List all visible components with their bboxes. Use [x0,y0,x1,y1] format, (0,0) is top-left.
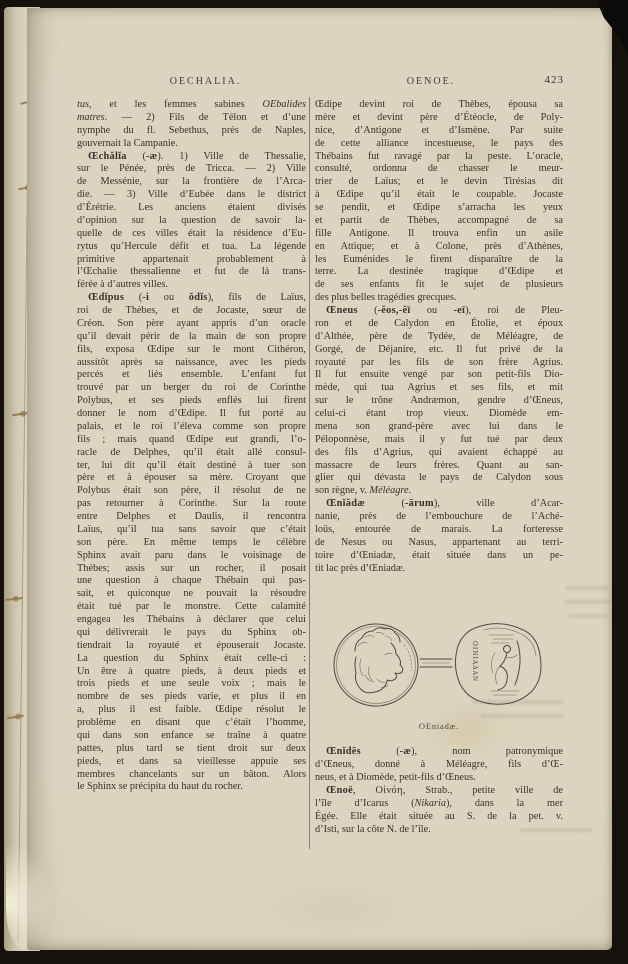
text-line: à Œdipe qu’il était le coupable. Jocaste [315,189,563,202]
text-line: d’Althée, père de Tydée, de Méléagre, de [315,331,563,344]
text-line: tiendrait la royauté et épouserait Jocas… [77,640,306,653]
text-segment: racle de Delphes, qu’il était allé consu… [77,447,306,458]
text-line: quelle de ces villes était la résidence … [77,228,306,241]
entry-headword: -ārum [405,498,434,509]
text-line: Œchălĭa (-æ). 1) Ville de Thessalie, [77,151,306,164]
text-segment: ( [361,746,400,757]
text-segment: des fils d’Agrius, qui avaient échappé a… [315,447,563,458]
text-segment: nanie, près de l’embouchure de l’Aché- [315,511,563,522]
text-segment: die. — 3) Ville d’Eubée dans le district [77,189,306,200]
text-segment: Péloponnèse, mais il y fut tué par deux [315,434,563,445]
text-segment: en Attique; et à Colone, près d’Athènes, [315,241,563,252]
seated-figure-coin-icon: ΟΙΝΙΑΔΑΝ [455,624,541,705]
text-line: son règne, v. Méléagre. [315,485,563,498]
entry-headword: -æ [400,746,411,757]
text-segment: férée à d’autres villes. [77,279,168,290]
entry-headword: Œnĭdēs [326,746,361,757]
text-segment: sait, et quiconque ne pouvait la résoudr… [77,588,306,599]
entry-headword: Œchălĭa [88,151,127,162]
text-line: de cette alliance incestueuse, le pays d… [315,138,563,151]
text-line: nice, d’Antigone et d’Ismène. Par suite [315,125,563,138]
text-segment: sur le Pénée, près de Tricca. — 2) Ville [77,163,306,174]
text-line: fils ; mais quand Œdipe eut grandi, l’o- [77,434,306,447]
text-line: roi de Thèbes, et de Jocaste, sœur de [77,305,306,318]
text-segment: donner le nom d’Œdipe. Il fut porté au [77,408,306,419]
text-line: trouvé par un berger du roi de Corinthe [77,382,306,395]
text-line: rytus qu’Hercule défit et tua. La légend… [77,241,306,254]
text-line: Œnoë, Οἰνόη, Strab., petite ville de [315,785,563,798]
text-segment: de Messénie, sur la frontière de l’Arca- [77,176,306,187]
text-segment: Laïus, qu’il tua sans savoir que c’était [77,524,306,535]
column-divider-rule [309,97,310,849]
text-segment: OEbalides [263,99,306,110]
coin-link-bar-icon [420,659,452,667]
text-line: et partit de Thèbes, accompagné de sa [315,215,563,228]
text-line: Péloponnèse, mais il y fut tué par deux [315,434,563,447]
text-segment: ( [358,305,378,316]
text-segment: tiendrait la royauté et épouserait Jocas… [77,640,306,651]
text-segment: ), fils de Laïus, [208,292,306,303]
text-line: qu’il devait périr de la main de son pro… [77,331,306,344]
text-segment: qui délivrerait le pays du Sphinx ob- [77,627,306,638]
text-line: père et à épouser sa mère. Croyant que [77,472,306,485]
text-line: celui-ci étant trop vieux. Diomède em- [315,408,563,421]
text-segment: se pendit, et Œdipe s’arracha les yeux [315,202,563,213]
text-segment: toire d’Œniadæ, était située dans un pe- [315,550,563,561]
right-column-upper-text: Œdipe devint roi de Thèbes, épousa samèr… [315,99,563,575]
text-line: primitive appartenait probablement à [77,254,306,267]
text-line: Égée. Elle était située au S. de la pet.… [315,811,563,824]
text-line: donner le nom d’Œdipe. Il fut porté au [77,408,306,421]
text-segment: d’Isti, sur la côte N. de l’île. [315,824,431,835]
text-segment: nombre de ses pieds varie, et plus il en [77,691,306,702]
text-segment: ( [127,151,146,162]
text-segment: était tué par le monstre. Cette calamité [77,601,306,612]
text-segment: ter, lui dit qu’il était destiné à tuer … [77,460,306,471]
text-segment: percés et liés ensemble. L’enfant fut [77,369,306,380]
coin-engraving-figure: ΟΙΝΙΑΔΑΝ OEniadæ. [331,619,547,731]
text-segment: Nikaria [415,798,446,809]
text-segment: de cette alliance incestueuse, le pays d… [315,138,563,149]
right-column-lower-text: Œnĭdēs (-æ), nom patronymiqued’Œneus, do… [315,746,563,836]
text-line: Œdipe devint roi de Thèbes, épousa sa [315,99,563,112]
text-segment: Il fut ensuite vengé par son petit-fils … [315,369,563,380]
text-line: mère et devint père d’Étéocle, de Poly- [315,112,563,125]
text-line: loüs, entourée de marais. La forteresse [315,524,563,537]
text-segment: Οἰνόη [375,785,402,796]
text-line: toire d’Œniadæ, était située dans un pe- [315,550,563,563]
text-line: racle de Delphes, qu’il était allé consu… [77,447,306,460]
text-line: d’Isti, sur la côte N. de l’île. [315,824,563,837]
text-segment: et partit de Thèbes, accompagné de sa [315,215,563,226]
text-segment: a, plus il est faible. Œdipe résolut le [77,704,306,715]
coin-inscription: ΟΙΝΙΑΔΑΝ [471,641,478,682]
text-segment: ), ville d’Acar- [434,498,563,509]
text-segment: l’île d’Icarus ( [315,798,415,809]
paragraph: Œneus (-ĕos,-ĕī ou -eī), roi de Pleu-ron… [315,305,563,498]
text-line: royauté par les fils de son frère Agrius… [315,357,563,370]
text-line: nanie, près de l’embouchure de l’Aché- [315,511,563,524]
text-segment: trier de Laïus; et le devin Tirésias dit [315,176,563,187]
text-line: trois pieds et une seule voix ; mais le [77,678,306,691]
text-line: Créon. Son père ayant appris d’un oracle [77,318,306,331]
text-segment: ), dans la mer [446,798,563,809]
running-head-right: OENOE. [385,76,477,87]
text-line: entre Delphes et Daulis, il rencontra [77,511,306,524]
text-line: sait, et quiconque ne pouvait la résoudr… [77,588,306,601]
text-segment: loüs, entourée de marais. La forteresse [315,524,563,535]
text-segment: tit lac près d’Œniadæ. [315,563,405,574]
text-line: trier de Laïus; et le devin Tirésias dit [315,176,563,189]
text-segment: glier qui dévasta le pays de Calydon sou… [315,472,563,483]
text-segment: qu’il devait périr de la main de son pro… [77,331,306,342]
text-segment: une question à chaque Thébain qui pas- [77,575,306,586]
text-line: nombre de ses pieds varie, et plus il en [77,691,306,704]
text-line: en Attique; et à Colone, près d’Athènes, [315,241,563,254]
text-segment: mère et devint père d’Étéocle, de Poly- [315,112,563,123]
text-line: fils, exposa Œdipe sur le mont Cithéron, [77,344,306,357]
text-segment: terre. La destinée tragique d’Œdipe et [315,266,563,277]
text-segment: rytus qu’Hercule défit et tua. La légend… [77,241,306,252]
entry-headword: Œnĭădæ [326,498,365,509]
text-line: son père. En même temps le célèbre [77,537,306,550]
text-segment: mède, qui tua Agrius et ses fils, et mit [315,382,563,393]
paragraph: Œdĭpus (-i ou ŏdĭs), fils de Laïus,roi d… [77,292,306,794]
text-line: de Nesus ou Nasus, appartenant au terri- [315,537,563,550]
text-line: fille Antigone. Il trouva enfin un asile [315,228,563,241]
text-line: Il fut ensuite vengé par son petit-fils … [315,369,563,382]
text-segment: pieds, et dans sa vieillesse appuie ses [77,756,306,767]
text-line: pieds, et dans sa vieillesse appuie ses [77,756,306,769]
entry-headword: -æ [146,151,157,162]
text-line: a, plus il est faible. Œdipe résolut le [77,704,306,717]
text-segment: primitive appartenait probablement à [77,254,306,265]
text-segment: fils, exposa Œdipe sur le mont Cithéron, [77,344,306,355]
text-segment: Gorgé, de Déjanire, etc. Il fut privé de… [315,344,563,355]
text-segment: ( [124,292,142,303]
text-segment: de ses enfants fit le sujet de plusieurs [315,279,563,290]
text-line: Œnĭădæ (-ārum), ville d’Acar- [315,498,563,511]
text-line: l’île d’Icarus (Nikaria), dans la mer [315,798,563,811]
text-line: une question à chaque Thébain qui pas- [77,575,306,588]
text-segment: La question du Sphinx était celle-ci : [77,653,306,664]
text-line: matres. — 2) Fils de Télon et d’une [77,112,306,125]
paragraph: Œnĭădæ (-ārum), ville d’Acar-nanie, près… [315,498,563,575]
text-segment: quelle de ces villes était la résidence … [77,228,306,239]
text-line: d’opinion sur la question de savoir la- [77,215,306,228]
text-line: des fils d’Agrius, qui avaient échappé a… [315,447,563,460]
text-line: gouvernait la Campanie. [77,138,306,151]
text-segment: fille Antigone. Il trouva enfin un asile [315,228,563,239]
text-line: nymphe du fl. Sebethus, près de Naples, [77,125,306,138]
text-line: massacre de leurs frères. Quant au san- [315,460,563,473]
text-line: Laïus, qu’il tua sans savoir que c’était [77,524,306,537]
text-segment: engagea les Thébains à déclarer que celu… [77,614,306,625]
text-segment: ). 1) Ville de Thessalie, [157,151,306,162]
text-segment: les Euménides le firent disparaître de l… [315,254,563,265]
text-segment: roi de Thèbes, et de Jocaste, sœur de [77,305,306,316]
text-segment: gouvernait la Campanie. [77,138,178,149]
text-segment: pas retourner à Corinthe. Sur la route [77,498,306,509]
text-segment: d’opinion sur la question de savoir la- [77,215,306,226]
text-line: Œnĭdēs (-æ), nom patronymique [315,746,563,759]
text-line: sur le trône Andræmon, gendre d’Œneus, [315,395,563,408]
text-segment: ou [411,305,454,316]
text-segment: nice, d’Antigone et d’Ismène. Par suite [315,125,563,136]
text-segment: Créon. Son père ayant appris d’un oracle [77,318,306,329]
text-line: Sphinx avait paru dans le voisinage de [77,550,306,563]
text-line: glier qui dévasta le pays de Calydon sou… [315,472,563,485]
text-segment: ), roi de Pleu- [465,305,563,316]
paragraph: Œdipe devint roi de Thèbes, épousa samèr… [315,99,563,305]
text-line: consulté, ordonna de chasser le meur- [315,163,563,176]
coin-illustration: ΟΙΝΙΑΔΑΝ [331,619,547,713]
text-segment: trouvé par un berger du roi de Corinthe [77,382,306,393]
text-segment: , Strab., petite ville de [403,785,563,796]
text-segment: d’Œneus, donné à Méléagre, fils d’Œ- [315,759,563,770]
text-segment: neus, et à Diomède, petit-fils d’Œneus. [315,772,476,783]
left-text-column: tus, et les femmes sabines OEbalidesmatr… [77,99,306,794]
text-segment: Sphinx avait paru dans le voisinage de [77,550,306,561]
text-segment: Méléagre [370,485,409,496]
text-line: die. — 3) Ville d’Eubée dans le district [77,189,306,202]
text-segment: le Sphinx se précipita du haut du rocher… [77,781,243,792]
right-text-column: Œdipe devint roi de Thèbes, épousa samèr… [315,99,563,837]
entry-headword: ŏdĭs [189,292,208,303]
text-segment: Thèbes; assis sur un rocher, il posait [77,563,306,574]
text-segment: matres [77,112,105,123]
text-line: qui délivrerait le pays du Sphinx ob- [77,627,306,640]
running-head-left: OECHALIA. [148,76,263,87]
entry-headword: -eī [453,305,465,316]
text-segment: ron et de Calydon en Étolie, et époux [315,318,563,329]
text-line: les Euménides le firent disparaître de l… [315,254,563,267]
paragraph: Œnĭdēs (-æ), nom patronymiqued’Œneus, do… [315,746,563,785]
text-line: terre. La destinée tragique d’Œdipe et [315,266,563,279]
text-line: d’Érétrie. Les anciens étaient divisés [77,202,306,215]
text-segment: Un être à quatre pieds, à deux pieds et [77,666,306,677]
text-line: Gorgé, de Déjanire, etc. Il fut privé de… [315,344,563,357]
text-segment: Polybus, et ses pieds enflés lui firent [77,395,306,406]
figure-caption: OEniadæ. [331,721,547,731]
text-line: La question du Sphinx était celle-ci : [77,653,306,666]
text-segment: Polybus était son père, il résolut de ne [77,485,306,496]
text-line: férée à d’autres villes. [77,279,306,292]
text-line: Polybus était son père, il résolut de ne [77,485,306,498]
text-line: des plus belles tragédies grecques. [315,292,563,305]
text-segment: massacre de leurs frères. Quant au san- [315,460,563,471]
text-line: pas retourner à Corinthe. Sur la route [77,498,306,511]
paragraph: tus, et les femmes sabines OEbalidesmatr… [77,99,306,151]
text-segment: d’Érétrie. Les anciens étaient divisés [77,202,306,213]
text-segment: père et à épouser sa mère. Croyant que [77,472,306,483]
text-line: problème en disant que c’était l’homme, [77,717,306,730]
ink-showthrough [568,614,608,618]
text-line: de Messénie, sur la frontière de l’Arca- [77,176,306,189]
text-line: palais, et le roi l’éleva comme son prop… [77,421,306,434]
paragraph: Œchălĭa (-æ). 1) Ville de Thessalie,sur … [77,151,306,293]
entry-headword: -ĕos,-ĕī [378,305,411,316]
text-line: ter, lui dit qu’il était destiné à tuer … [77,460,306,473]
text-line: pattes, plus tard se tient droit sur deu… [77,743,306,756]
text-segment: Égée. Elle était située au S. de la pet.… [315,811,563,822]
scanned-book-photo: OECHALIA. OENOE. 423 tus, et les femmes … [0,0,628,964]
text-segment: palais, et le roi l’éleva comme son prop… [77,421,306,432]
ink-showthrough [566,586,608,590]
text-segment: aussitôt après sa naissance, avec les pi… [77,357,306,368]
text-segment: à Œdipe qu’il était le coupable. Jocaste [315,189,563,200]
text-segment: tus [77,99,89,110]
text-segment: pattes, plus tard se tient droit sur deu… [77,743,306,754]
text-line: Œneus (-ĕos,-ĕī ou -eī), roi de Pleu- [315,305,563,318]
text-line: d’Œneus, donné à Méléagre, fils d’Œ- [315,759,563,772]
text-segment: membres chancelants sur un bâton. Alors [77,769,306,780]
text-segment: celui-ci étant trop vieux. Diomède em- [315,408,563,419]
text-segment: son père. En même temps le célèbre [77,537,306,548]
text-segment: . [409,485,412,496]
text-line: membres chancelants sur un bâton. Alors [77,769,306,782]
text-line: qui dans son enfance se traîne à quatre [77,730,306,743]
text-line: était tué par le monstre. Cette calamité [77,601,306,614]
text-line: aussitôt après sa naissance, avec les pi… [77,357,306,370]
text-segment: qui dans son enfance se traîne à quatre [77,730,306,741]
text-line: neus, et à Diomède, petit-fils d’Œneus. [315,772,563,785]
text-line: percés et liés ensemble. L’enfant fut [77,369,306,382]
entry-headword: Œnoë [326,785,353,796]
entry-headword: Œdĭpus [88,292,124,303]
text-line: Un être à quatre pieds, à deux pieds et [77,666,306,679]
text-segment: mena son grand-père avec lui dans le [315,421,563,432]
text-line: Polybus, et ses pieds enflés lui firent [77,395,306,408]
text-segment: ( [365,498,405,509]
text-segment: d’Althée, père de Tydée, de Méléagre, de [315,331,563,342]
text-line: Thèbes; assis sur un rocher, il posait [77,563,306,576]
text-line: ron et de Calydon en Étolie, et époux [315,318,563,331]
text-segment: son règne, v. [315,485,370,496]
page-curl [6,844,52,950]
zeus-head-coin-icon [334,624,418,706]
text-segment: royauté par les fils de son frère Agrius… [315,357,563,368]
text-segment: de Nesus ou Nasus, appartenant au terri- [315,537,563,548]
text-line: sur le Pénée, près de Tricca. — 2) Ville [77,163,306,176]
text-line: mède, qui tua Agrius et ses fils, et mit [315,382,563,395]
text-segment: problème en disant que c’était l’homme, [77,717,306,728]
text-segment: consulté, ordonna de chasser le meur- [315,163,563,174]
ink-showthrough [564,600,610,604]
text-segment: nymphe du fl. Sebethus, près de Naples, [77,125,306,136]
page-number: 423 [520,74,564,86]
text-line: engagea les Thébains à déclarer que celu… [77,614,306,627]
text-segment: sur le trône Andræmon, gendre d’Œneus, [315,395,563,406]
entry-headword: Œneus [326,305,358,316]
text-line: Œdĭpus (-i ou ŏdĭs), fils de Laïus, [77,292,306,305]
text-segment: , et les femmes sabines [89,99,262,110]
text-segment: ), nom patronymique [411,746,563,757]
text-line: l’Œchalie thessalienne et fut de là tran… [77,266,306,279]
text-segment: Thébains fut ravagé par la peste. L’orac… [315,151,563,162]
text-segment: des plus belles tragédies grecques. [315,292,457,303]
text-segment: . — 2) Fils de Télon et d’une [105,112,306,123]
text-line: de ses enfants fit le sujet de plusieurs [315,279,563,292]
text-segment: ou [149,292,189,303]
text-line: le Sphinx se précipita du haut du rocher… [77,781,306,794]
text-segment: Œdipe devint roi de Thèbes, épousa sa [315,99,563,110]
text-segment: fils ; mais quand Œdipe eut grandi, l’o- [77,434,306,445]
paragraph: Œnoë, Οἰνόη, Strab., petite ville del’îl… [315,785,563,837]
text-line: tus, et les femmes sabines OEbalides [77,99,306,112]
text-segment: l’Œchalie thessalienne et fut de là tran… [77,266,306,277]
text-segment: entre Delphes et Daulis, il rencontra [77,511,306,522]
text-line: tit lac près d’Œniadæ. [315,563,563,576]
text-line: se pendit, et Œdipe s’arracha les yeux [315,202,563,215]
text-line: mena son grand-père avec lui dans le [315,421,563,434]
text-segment: , [353,785,376,796]
text-line: Thébains fut ravagé par la peste. L’orac… [315,151,563,164]
text-segment: trois pieds et une seule voix ; mais le [77,678,306,689]
